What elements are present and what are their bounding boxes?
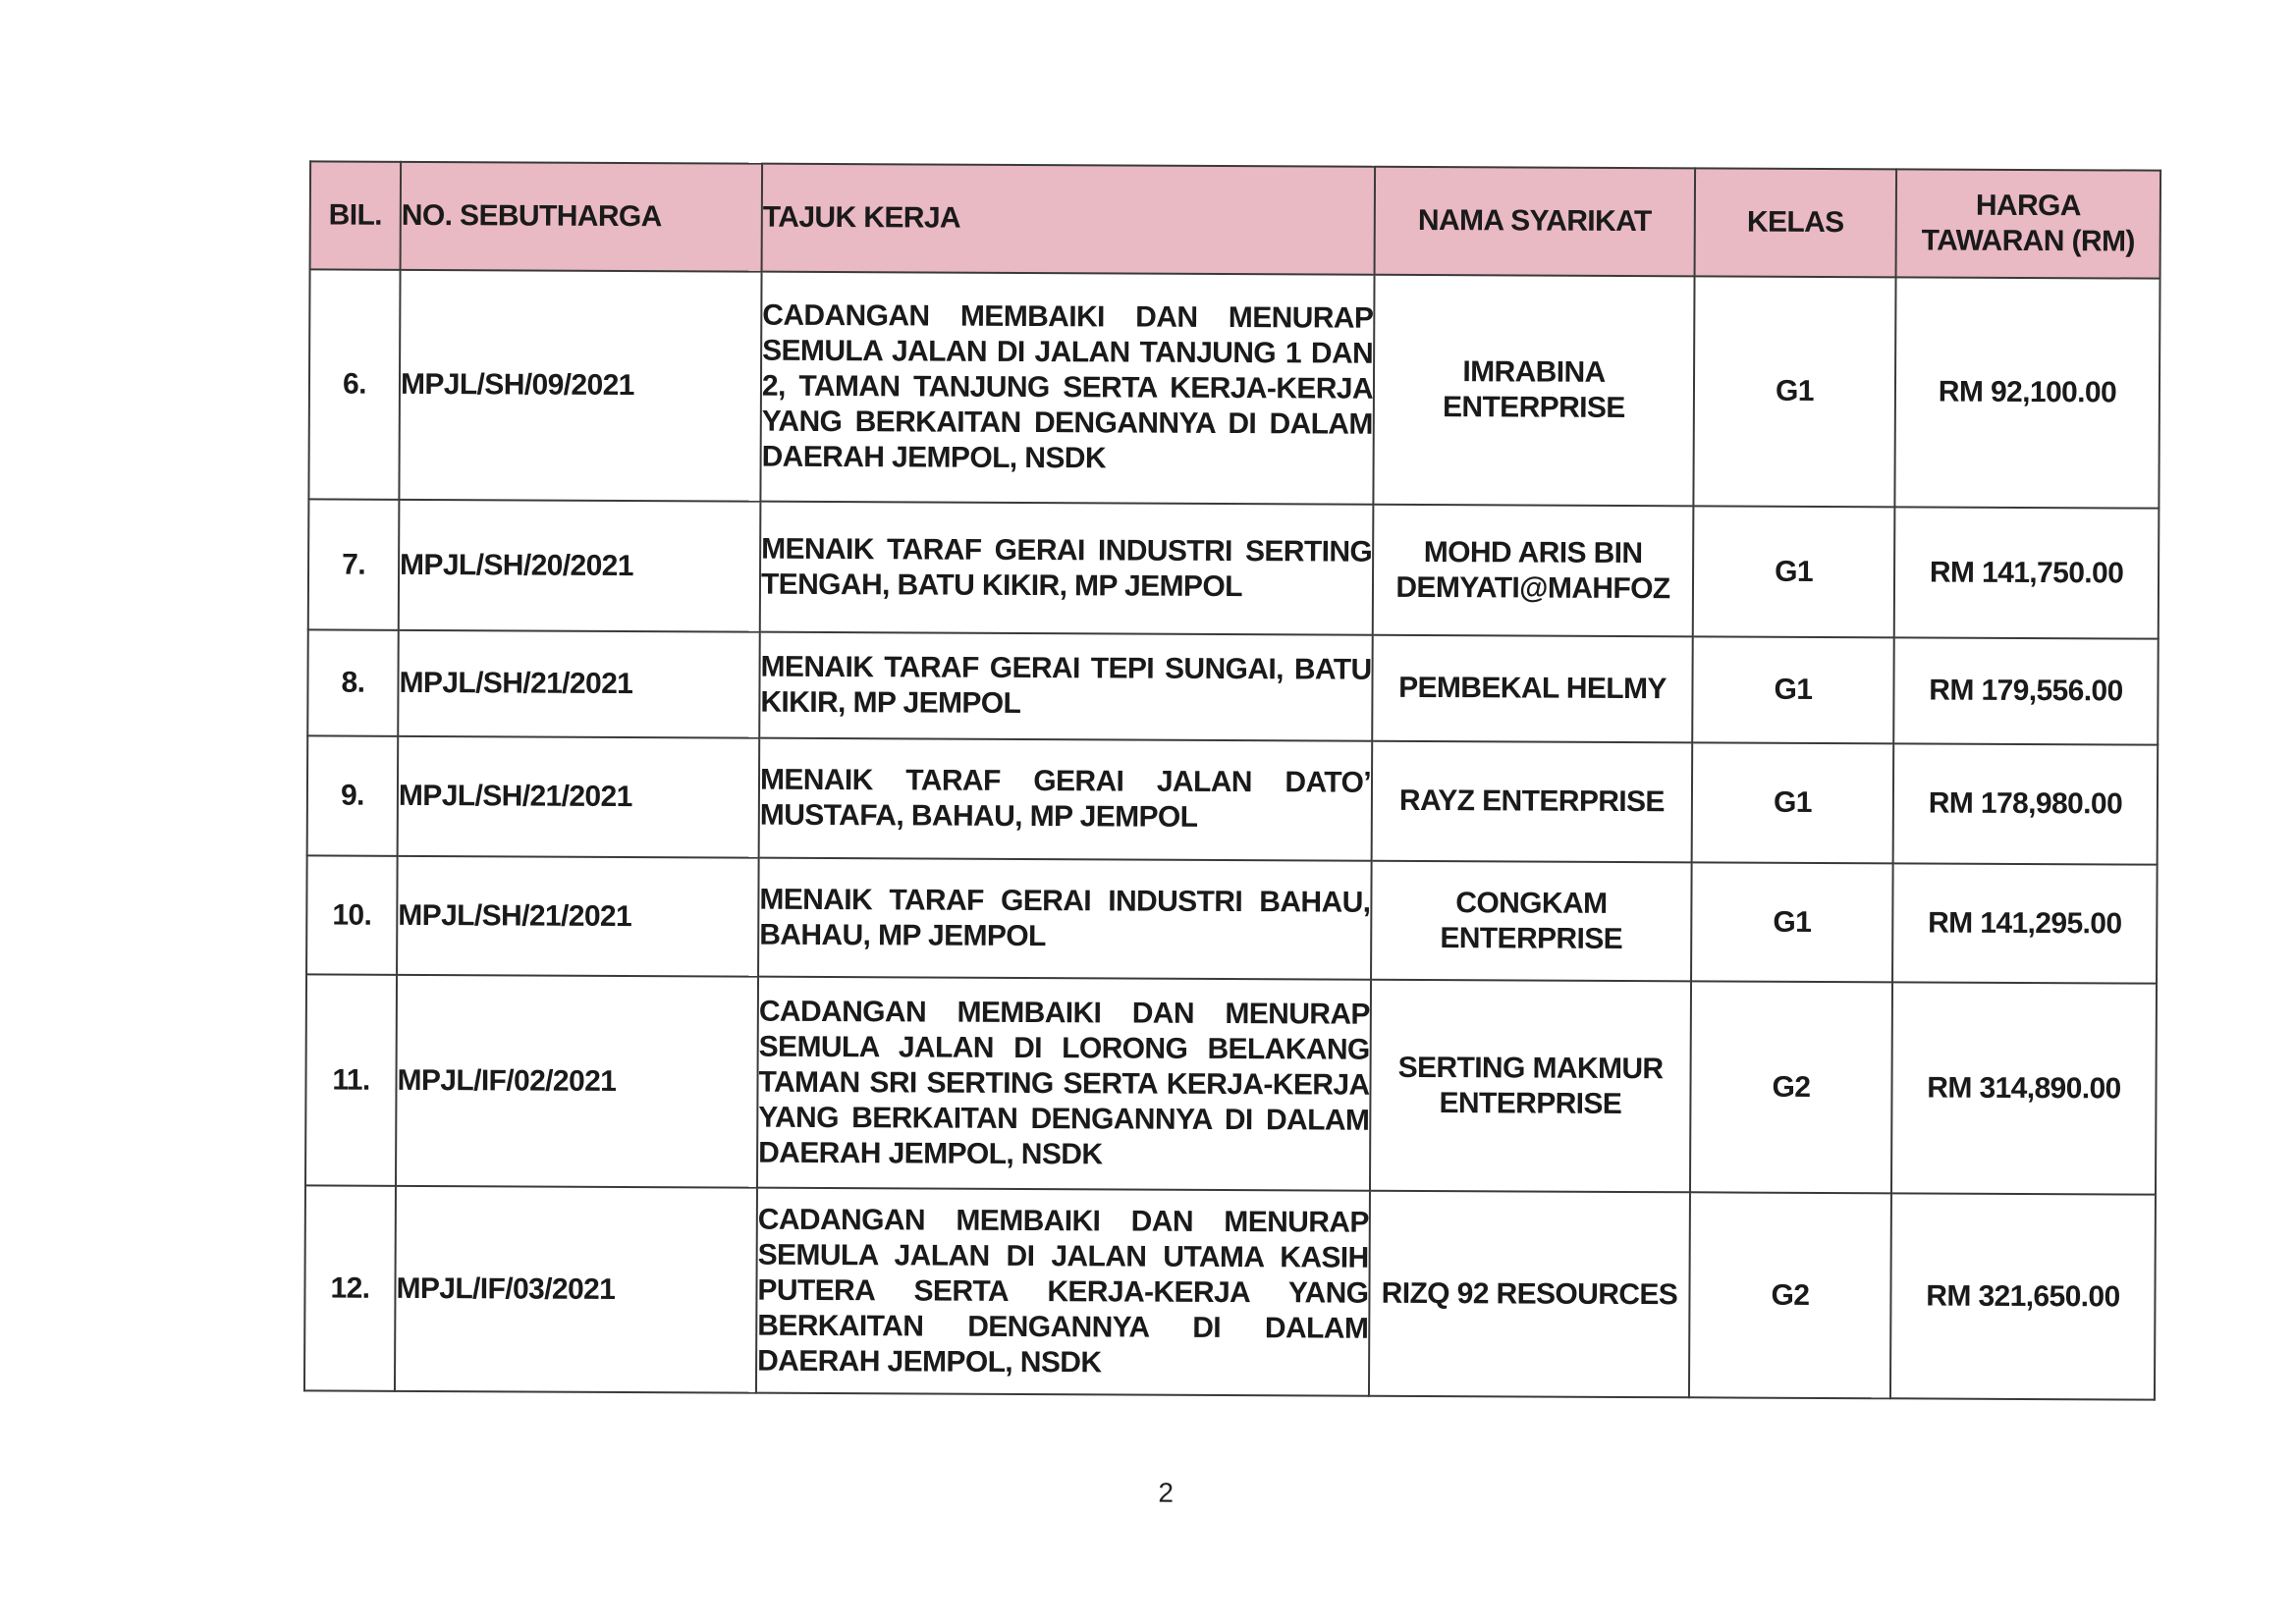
cell-harga-tawaran: RM 141,750.00 xyxy=(1894,507,2159,638)
cell-bil: 11. xyxy=(305,974,397,1185)
cell-tajuk-kerja: CADANGAN MEMBAIKI DAN MENURAP SEMULA JAL… xyxy=(757,977,1371,1191)
header-nama-syarikat: NAMA SYARIKAT xyxy=(1375,167,1696,277)
cell-nama-syarikat: PEMBEKAL HELMY xyxy=(1372,635,1693,743)
cell-tajuk-kerja: MENAIK TARAF GERAI INDUSTRI SERTING TENG… xyxy=(760,502,1374,635)
table-row: 10.MPJL/SH/21/2021MENAIK TARAF GERAI IND… xyxy=(306,855,2158,983)
cell-harga-tawaran: RM 179,556.00 xyxy=(1893,637,2159,744)
cell-harga-tawaran: RM 321,650.00 xyxy=(1890,1193,2156,1399)
cell-no-sebutharga: MPJL/SH/20/2021 xyxy=(399,500,761,632)
cell-no-sebutharga: MPJL/IF/03/2021 xyxy=(395,1186,757,1393)
table-row: 7.MPJL/SH/20/2021MENAIK TARAF GERAI INDU… xyxy=(308,499,2159,638)
header-harga-line1: HARGA xyxy=(1897,188,2159,224)
header-harga-tawaran: HARGA TAWARAN (RM) xyxy=(1896,169,2161,278)
cell-tajuk-kerja: MENAIK TARAF GERAI INDUSTRI BAHAU, BAHAU… xyxy=(758,858,1372,980)
header-no-sebutharga: NO. SEBUTHARGA xyxy=(401,162,763,272)
header-kelas: KELAS xyxy=(1695,168,1897,277)
cell-nama-syarikat: RIZQ 92 RESOURCES xyxy=(1369,1191,1690,1398)
cell-kelas: G2 xyxy=(1689,1192,1891,1398)
cell-nama-syarikat: SERTING MAKMUR ENTERPRISE xyxy=(1370,980,1691,1193)
cell-no-sebutharga: MPJL/SH/21/2021 xyxy=(398,630,760,738)
header-bil: BIL. xyxy=(310,161,402,269)
cell-harga-tawaran: RM 141,295.00 xyxy=(1892,863,2158,983)
table-row: 12.MPJL/IF/03/2021CADANGAN MEMBAIKI DAN … xyxy=(304,1185,2156,1399)
table-row: 6.MPJL/SH/09/2021CADANGAN MEMBAIKI DAN M… xyxy=(308,269,2159,508)
cell-kelas: G1 xyxy=(1693,276,1895,507)
cell-bil: 8. xyxy=(307,629,399,735)
header-harga-line2: TAWARAN (RM) xyxy=(1897,223,2159,259)
cell-no-sebutharga: MPJL/SH/21/2021 xyxy=(398,736,760,858)
cell-bil: 10. xyxy=(306,855,398,974)
table-header-row: BIL. NO. SEBUTHARGA TAJUK KERJA NAMA SYA… xyxy=(310,161,2161,278)
page-number: 2 xyxy=(1158,1478,1174,1509)
cell-tajuk-kerja: MENAIK TARAF GERAI JALAN DATO’ MUSTAFA, … xyxy=(759,738,1373,861)
cell-harga-tawaran: RM 92,100.00 xyxy=(1894,277,2159,508)
cell-bil: 9. xyxy=(307,735,399,855)
cell-tajuk-kerja: MENAIK TARAF GERAI TEPI SUNGAI, BATU KIK… xyxy=(759,632,1373,741)
table-row: 8.MPJL/SH/21/2021MENAIK TARAF GERAI TEPI… xyxy=(307,629,2159,744)
cell-harga-tawaran: RM 178,980.00 xyxy=(1893,743,2159,864)
cell-bil: 6. xyxy=(308,269,400,499)
cell-kelas: G1 xyxy=(1691,862,1893,982)
header-tajuk-kerja: TAJUK KERJA xyxy=(762,164,1376,275)
cell-no-sebutharga: MPJL/SH/21/2021 xyxy=(397,856,759,977)
cell-kelas: G1 xyxy=(1692,742,1894,863)
table-body: 6.MPJL/SH/09/2021CADANGAN MEMBAIKI DAN M… xyxy=(304,269,2160,1399)
cell-bil: 7. xyxy=(308,499,400,629)
cell-tajuk-kerja: CADANGAN MEMBAIKI DAN MENURAP SEMULA JAL… xyxy=(760,272,1374,505)
cell-no-sebutharga: MPJL/SH/09/2021 xyxy=(399,270,761,502)
cell-harga-tawaran: RM 314,890.00 xyxy=(1891,982,2157,1194)
document-page: BIL. NO. SEBUTHARGA TAJUK KERJA NAMA SYA… xyxy=(0,0,2296,1623)
cell-kelas: G1 xyxy=(1693,506,1895,637)
table-row: 11.MPJL/IF/02/2021CADANGAN MEMBAIKI DAN … xyxy=(305,974,2157,1194)
cell-bil: 12. xyxy=(304,1185,396,1390)
cell-nama-syarikat: RAYZ ENTERPRISE xyxy=(1372,741,1693,863)
cell-nama-syarikat: CONGKAM ENTERPRISE xyxy=(1371,861,1692,982)
cell-tajuk-kerja: CADANGAN MEMBAIKI DAN MENURAP SEMULA JAL… xyxy=(756,1188,1370,1396)
cell-kelas: G1 xyxy=(1692,636,1894,743)
cell-no-sebutharga: MPJL/IF/02/2021 xyxy=(396,975,758,1188)
quotation-results-table: BIL. NO. SEBUTHARGA TAJUK KERJA NAMA SYA… xyxy=(303,160,2161,1400)
cell-kelas: G2 xyxy=(1690,981,1892,1193)
cell-nama-syarikat: IMRABINA ENTERPRISE xyxy=(1373,275,1694,507)
table-row: 9.MPJL/SH/21/2021MENAIK TARAF GERAI JALA… xyxy=(307,735,2159,864)
cell-nama-syarikat: MOHD ARIS BIN DEMYATI@MAHFOZ xyxy=(1373,505,1694,637)
